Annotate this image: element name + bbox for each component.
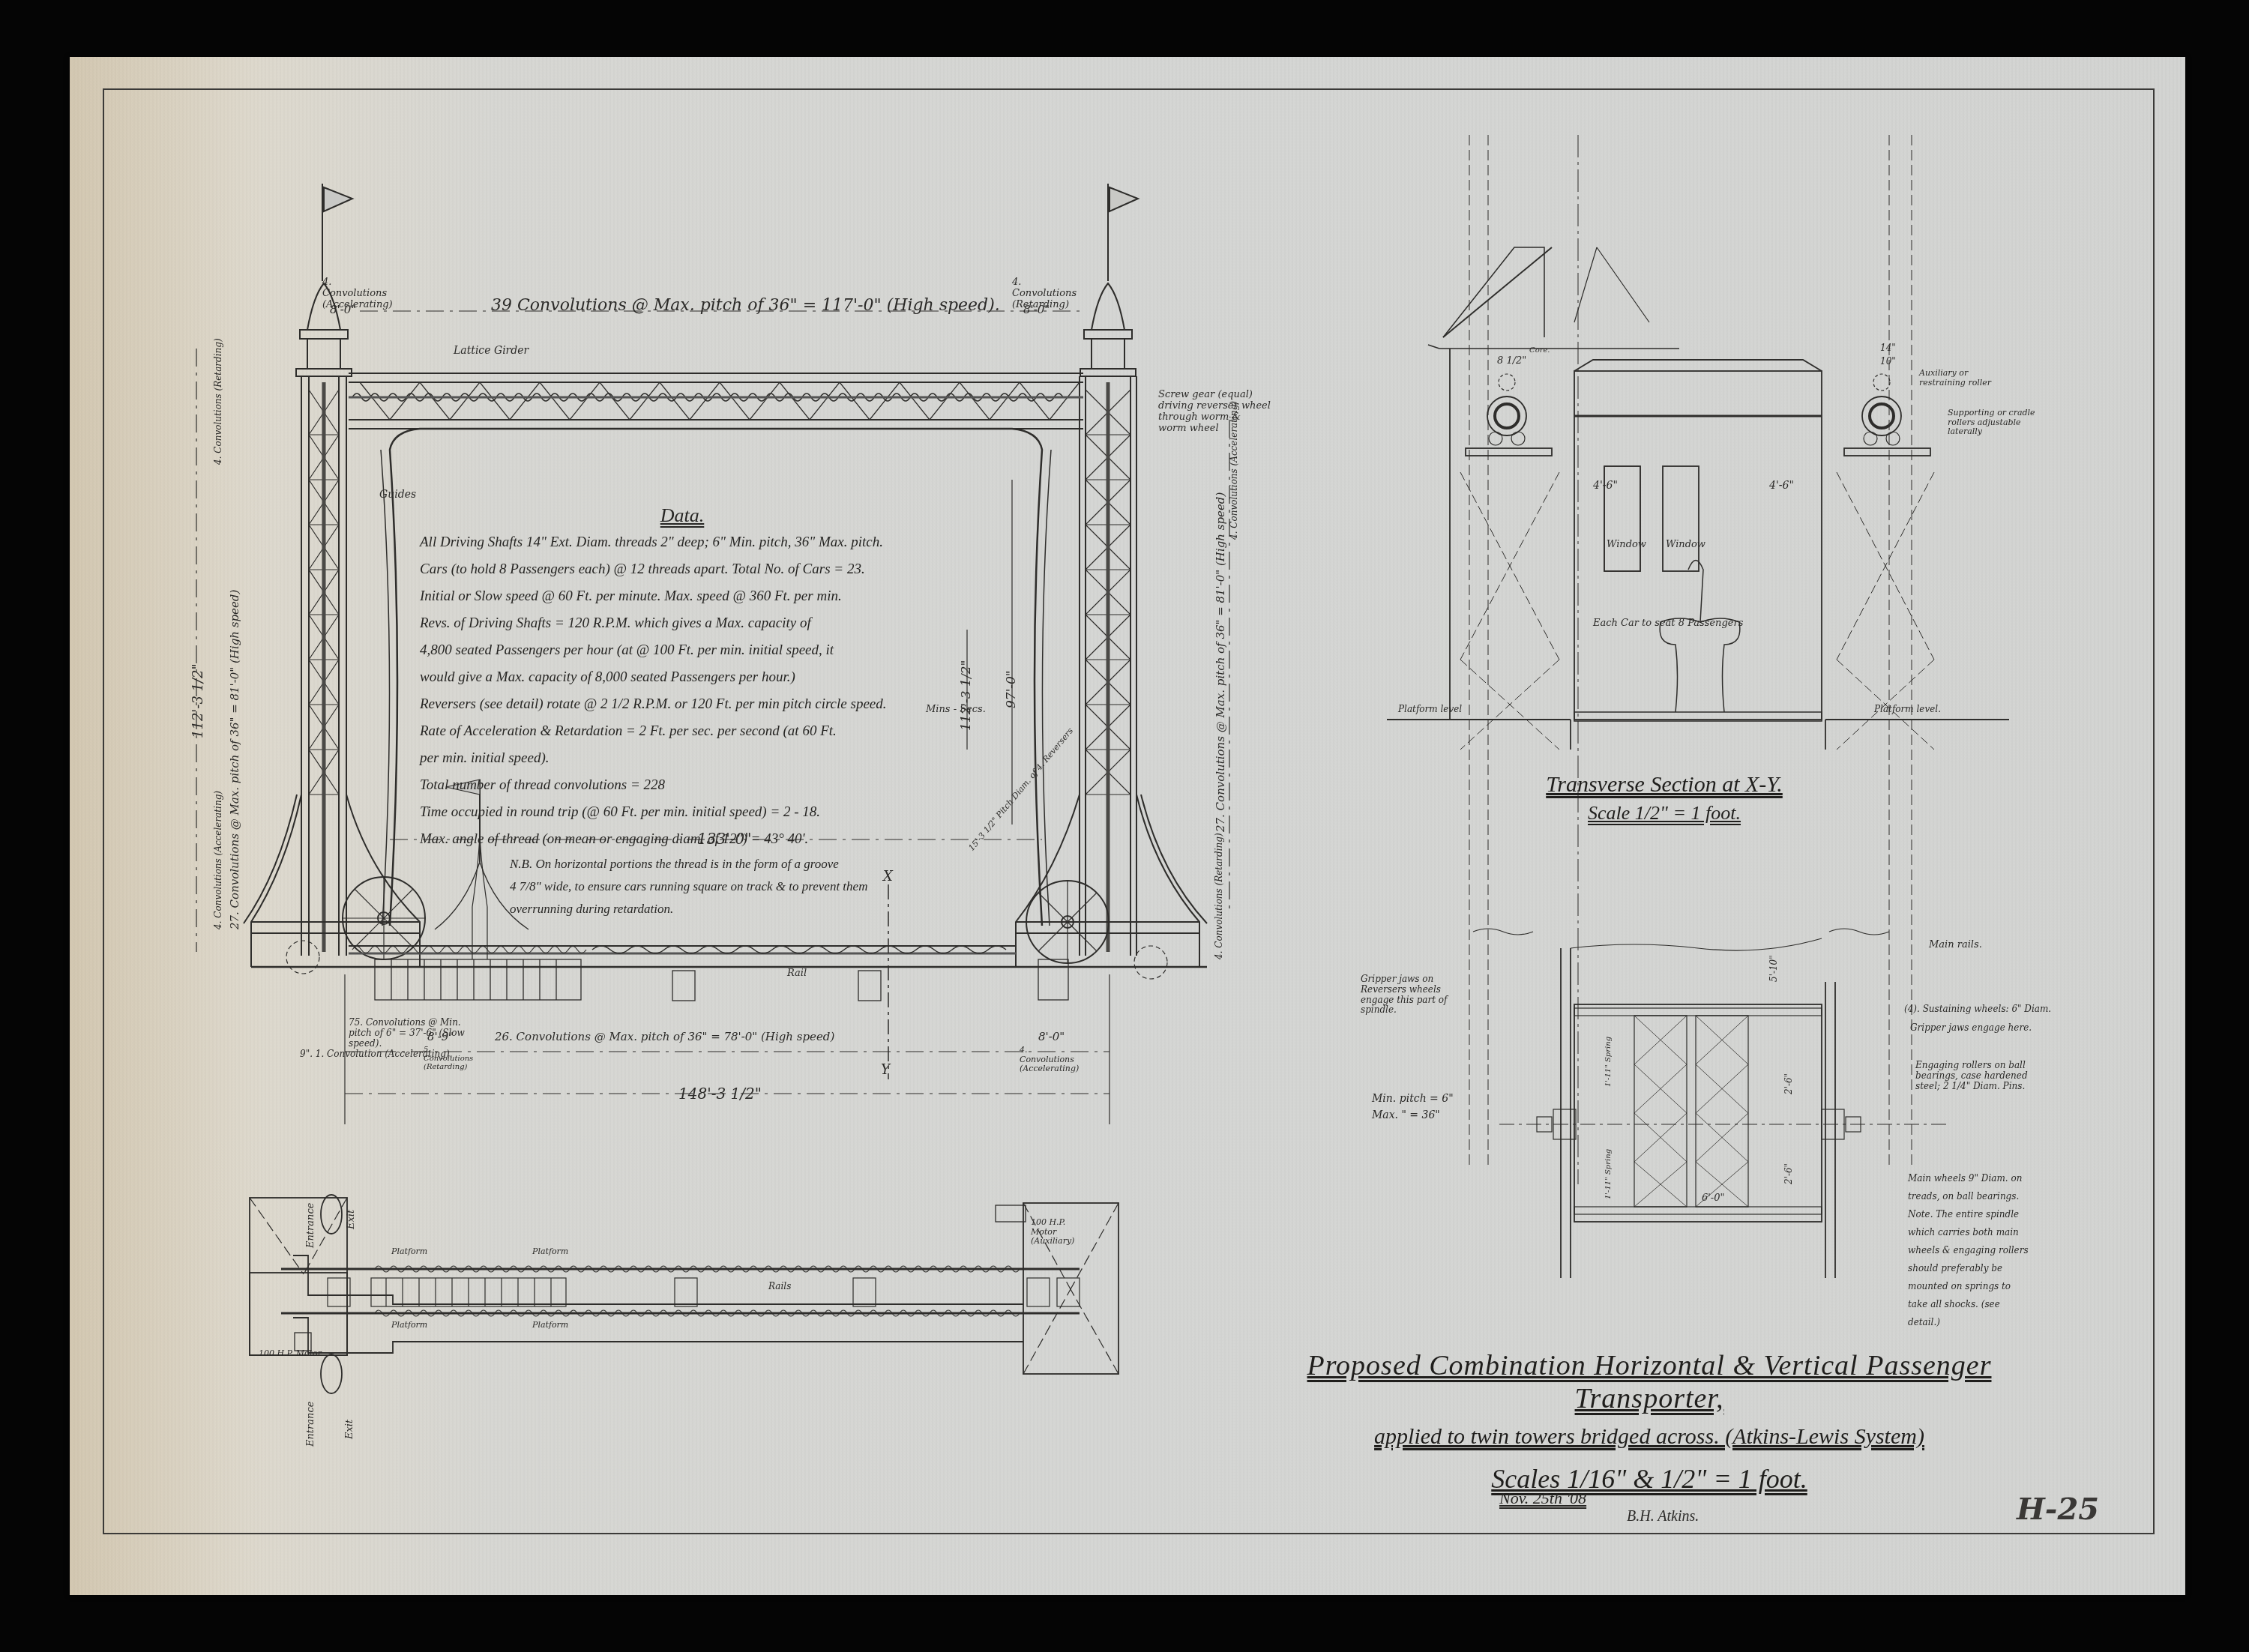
- right-vertical-main-label: 27. Convolutions @ Max. pitch of 36" = 8…: [1214, 492, 1227, 832]
- bottom-retarding-label: 5. Convolutions (Retarding): [424, 1046, 476, 1072]
- screw-gear-note: Screw gear (equal) driving reverser whee…: [1158, 390, 1271, 435]
- data-line: per min. initial speed).: [420, 745, 1020, 772]
- dim-right-4-6: 4'-6": [1769, 480, 1794, 492]
- top-dimension-label: 39 Convolutions @ Max. pitch of 36" = 11…: [491, 296, 1000, 315]
- core-label: Core.: [1529, 346, 1550, 355]
- dim-6-0: 6'-0": [1702, 1193, 1725, 1205]
- lattice-girder-label: Lattice Girder: [454, 345, 529, 357]
- sustaining-wheels-label: (4). Sustaining wheels: 6" Diam.: [1904, 1004, 2051, 1015]
- platform-level-left: Platform level: [1398, 705, 1462, 715]
- bottom-retarding-dim: 8'-9": [427, 1031, 454, 1043]
- data-heading: Data.: [345, 502, 1020, 529]
- cradle-rollers-label: Supporting or cradle rollers adjustable …: [1948, 409, 2045, 437]
- sheet-number: H-25: [2017, 1492, 2099, 1527]
- data-line: Revs. of Driving Shafts = 120 R.P.M. whi…: [420, 610, 1020, 637]
- dim-14: 14": [1880, 343, 1896, 354]
- left-vertical-total-dim: 112'-3 1/2": [191, 663, 207, 738]
- engaging-rollers-label: Engaging rollers on ball bearings, case …: [1915, 1061, 2035, 1091]
- left-vertical-bottom-label: 4. Convolutions (Accelerating): [214, 791, 224, 929]
- drawing-subtitle: applied to twin towers bridged across. (…: [1274, 1424, 2024, 1450]
- transverse-section-heading: Transverse Section at X-Y.: [1544, 772, 1784, 798]
- plan-exit-top: Exit: [346, 1210, 358, 1229]
- car-seat-note: Each Car to seat 8 Passengers: [1593, 618, 1743, 630]
- plan-view: [250, 1195, 1119, 1393]
- overall-span-dim: 148'-3 1/2": [678, 1085, 762, 1103]
- bottom-right-label: 4. Convolutions (Accelerating): [1020, 1046, 1080, 1074]
- max-pitch-label: Max. " = 36": [1372, 1109, 1440, 1121]
- car-plan-detail: [1473, 929, 1949, 1278]
- drawing-title: Proposed Combination Horizontal & Vertic…: [1274, 1349, 2024, 1415]
- plan-entrance-top: Entrance: [306, 1203, 317, 1248]
- data-line: Time occupied in round trip (@ 60 Ft. pe…: [420, 799, 1020, 826]
- data-line: Cars (to hold 8 Passengers each) @ 12 th…: [420, 556, 1020, 583]
- spring-b-label: 1'-11" Spring: [1604, 1149, 1613, 1199]
- top-right-dim: 8'-0": [1023, 304, 1050, 316]
- transverse-section-title: Transverse Section at X-Y. Scale 1/2" = …: [1544, 772, 1784, 825]
- dim-left-4-6: 4'-6": [1593, 480, 1618, 492]
- right-vertical-bottom-label: 4. Convolutions (Retarding): [1214, 833, 1225, 959]
- main-rails-label: Main rails.: [1929, 940, 1982, 951]
- bottom-slow-speed-label: 75. Convolutions @ Min. pitch of 6" = 37…: [349, 1018, 484, 1049]
- right-vertical-top-label: 4. Convolutions (Accelerating): [1229, 401, 1240, 540]
- data-line: Initial or Slow speed @ 60 Ft. per minut…: [420, 583, 1020, 610]
- plan-exit-bottom: Exit: [345, 1420, 356, 1439]
- title-block: Proposed Combination Horizontal & Vertic…: [1274, 1349, 2024, 1495]
- bottom-right-dim: 8'-0": [1038, 1031, 1065, 1043]
- time-units-label: Mins - Secs.: [926, 705, 986, 716]
- data-line: would give a Max. capacity of 8,000 seat…: [420, 664, 1020, 691]
- top-left-dim: 8'-0": [330, 304, 356, 316]
- dim-10: 10": [1880, 357, 1896, 367]
- window-left-label: Window: [1607, 540, 1646, 551]
- data-line: Rate of Acceleration & Retardation = 2 F…: [420, 718, 1020, 745]
- dim-2-6-b: 2'-6": [1784, 1163, 1795, 1184]
- drawing-scale: Scales 1/16" & 1/2" = 1 foot.: [1274, 1463, 2024, 1495]
- signature: B.H. Atkins.: [1627, 1508, 1699, 1525]
- left-vertical-top-label: 4. Convolutions (Retarding): [214, 338, 224, 465]
- gripper-left-label: Gripper jaws on Reversers wheels engage …: [1361, 974, 1473, 1016]
- plan-platform-label: Platform: [532, 1247, 568, 1257]
- data-line: Max. angle of thread (on mean or engagin…: [420, 826, 1020, 853]
- plan-rails-label: Rails: [768, 1282, 791, 1292]
- dim-5-10: 5'-10": [1769, 955, 1780, 982]
- plan-motor-left: 100 H.P. Motor: [259, 1349, 322, 1359]
- data-line: Total number of thread convolutions = 22…: [420, 772, 1020, 799]
- data-line: All Driving Shafts 14" Ext. Diam. thread…: [420, 529, 1020, 556]
- gripper-right-label: Gripper jaws engage here.: [1910, 1023, 2032, 1034]
- data-line: 4,800 seated Passengers per hour (at @ 1…: [420, 637, 1020, 664]
- window-right-label: Window: [1666, 540, 1705, 551]
- auxiliary-roller-label: Auxiliary or restraining roller: [1919, 369, 1994, 388]
- guides-label: Guides: [379, 489, 416, 501]
- plan-platform-label: Platform: [391, 1247, 427, 1257]
- plan-motor-right: 100 H.P. Motor (Auxiliary): [1031, 1218, 1091, 1246]
- platform-level-right: Platform level.: [1874, 705, 1941, 715]
- section-mark-y: Y: [881, 1063, 890, 1079]
- plan-entrance-bottom: Entrance: [306, 1402, 317, 1447]
- spring-a-label: 1'-11" Spring: [1604, 1037, 1613, 1087]
- bottom-high-speed-label: 26. Convolutions @ Max. pitch of 36" = 7…: [495, 1031, 834, 1043]
- dim-2-6-a: 2'-6": [1784, 1073, 1795, 1094]
- plan-platform-label: Platform: [532, 1321, 568, 1330]
- left-vertical-main-label: 27. Convolutions @ Max. pitch of 36" = 8…: [229, 590, 241, 929]
- nb-line: overrunning during retardation.: [510, 898, 1020, 920]
- main-wheels-label: Main wheels 9" Diam. on treads, on ball …: [1908, 1169, 2032, 1205]
- dim-core: 8 1/2": [1497, 356, 1526, 367]
- transverse-section-scale: Scale 1/2" = 1 foot.: [1544, 802, 1784, 825]
- main-wheels-note: Main wheels 9" Diam. on treads, on ball …: [1908, 1169, 2032, 1331]
- min-pitch-label: Min. pitch = 6": [1372, 1093, 1454, 1105]
- drawing-date: Nov. 25th '08: [1499, 1489, 1586, 1508]
- spring-mount-note: Note. The entire spindle which carries b…: [1908, 1205, 2032, 1331]
- nb-line: N.B. On horizontal portions the thread i…: [510, 853, 1020, 875]
- plan-platform-label: Platform: [391, 1321, 427, 1330]
- rail-label: Rail: [787, 968, 807, 980]
- nb-line: 4 7/8" wide, to ensure cars running squa…: [510, 875, 1020, 898]
